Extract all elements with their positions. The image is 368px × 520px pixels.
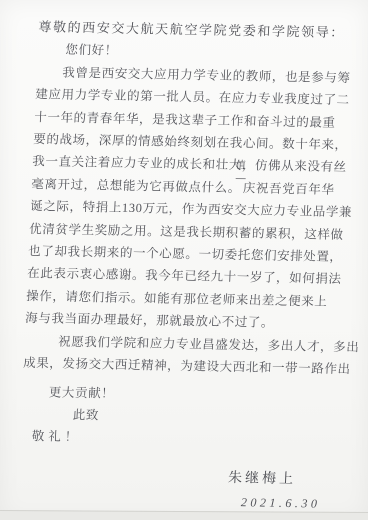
insert-line-before: 毫离开过，总想能为它再做点什么。 — [31, 177, 241, 195]
signature-block: 朱继梅上 2021.6.30 — [0, 463, 349, 516]
closing-jingli: 敬礼！ — [31, 425, 350, 453]
letter-photo: 尊敬的西安交大航天航空学院党委和学院领导： 您们好！ 我曾是西安交大应用力学专业… — [0, 0, 368, 520]
handwritten-letter: 尊敬的西安交大航天航空学院党委和学院领导： 您们好！ 我曾是西安交大应用力学专业… — [0, 15, 368, 515]
insert-line-after: 庆祝吾党百年华 — [243, 181, 335, 197]
signature: 朱继梅上 — [228, 468, 349, 493]
paper-bottom-edge — [0, 510, 368, 520]
inserted-char: 值 — [235, 155, 247, 179]
